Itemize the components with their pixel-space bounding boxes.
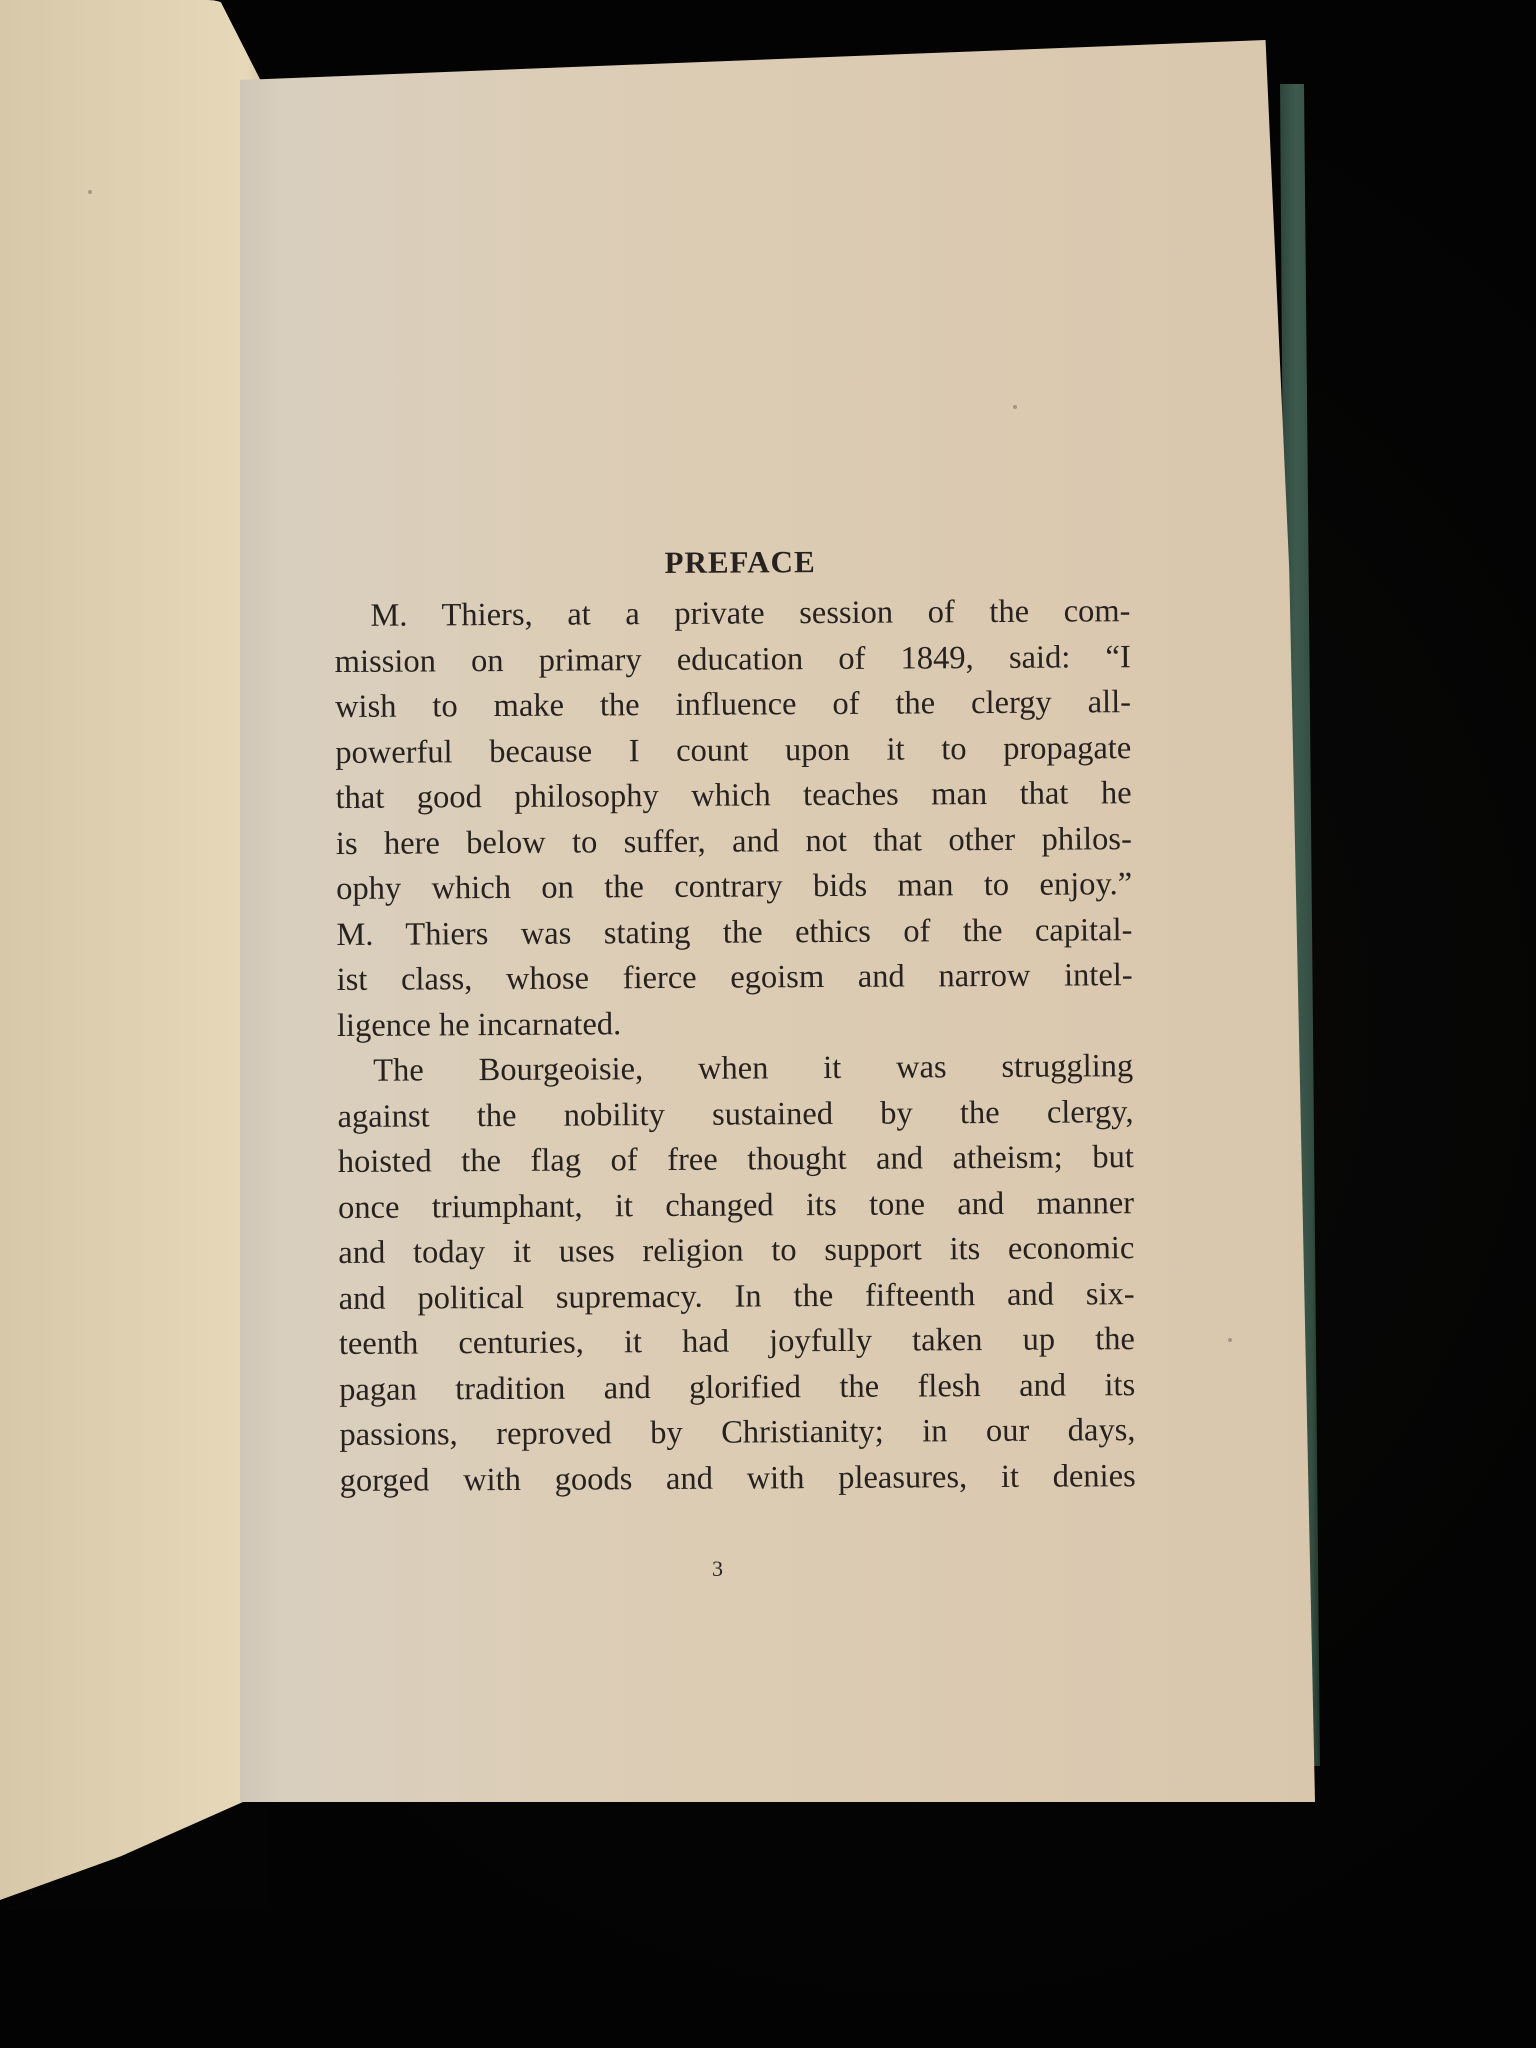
- page-number: 3: [712, 1556, 723, 1582]
- paper-speck: [1228, 1338, 1232, 1342]
- text-line: ist class, whose fierce egoism and narro…: [337, 953, 1133, 1003]
- text-line: once triumphant, it changed its tone and…: [338, 1181, 1134, 1231]
- text-line: M. Thiers, at a private session of the c…: [334, 589, 1130, 639]
- photo-scene: PREFACE M. Thiers, at a private session …: [0, 0, 1536, 2048]
- text-line: powerful because I count upon it to prop…: [335, 726, 1131, 776]
- text-line: M. Thiers was stating the ethics of the …: [336, 908, 1132, 958]
- left-page: [0, 0, 268, 1900]
- text-line: passions, reproved by Christianity; in o…: [339, 1408, 1135, 1458]
- text-line: teenth centuries, it had joyfully taken …: [339, 1317, 1135, 1367]
- text-line: gorged with goods and with pleasures, it…: [340, 1454, 1136, 1504]
- text-line: ligence he incarnated.: [337, 999, 1133, 1049]
- chapter-heading: PREFACE: [334, 535, 1130, 590]
- text-line: and political supremacy. In the fifteent…: [338, 1272, 1134, 1322]
- text-line: and today it uses religion to support it…: [338, 1226, 1134, 1276]
- paragraph-2: The Bourgeoisie, when it was struggling …: [337, 1044, 1136, 1504]
- text-line: ophy which on the contrary bids man to e…: [336, 862, 1132, 912]
- text-line: is here below to suffer, and not that ot…: [336, 817, 1132, 867]
- text-line: hoisted the flag of free thought and ath…: [338, 1135, 1134, 1185]
- text-line: wish to make the influence of the clergy…: [335, 680, 1131, 730]
- text-line: The Bourgeoisie, when it was struggling: [337, 1044, 1133, 1094]
- text-line: pagan tradition and glorified the flesh …: [339, 1363, 1135, 1413]
- text-line: that good philosophy which teaches man t…: [335, 771, 1131, 821]
- paper-speck: [1013, 405, 1017, 409]
- paper-speck: [88, 190, 92, 194]
- page-text: PREFACE M. Thiers, at a private session …: [334, 535, 1136, 1504]
- paragraph-1: M. Thiers, at a private session of the c…: [334, 589, 1133, 1049]
- text-line: against the nobility sustained by the cl…: [337, 1090, 1133, 1140]
- text-line: mission on primary education of 1849, sa…: [335, 635, 1131, 685]
